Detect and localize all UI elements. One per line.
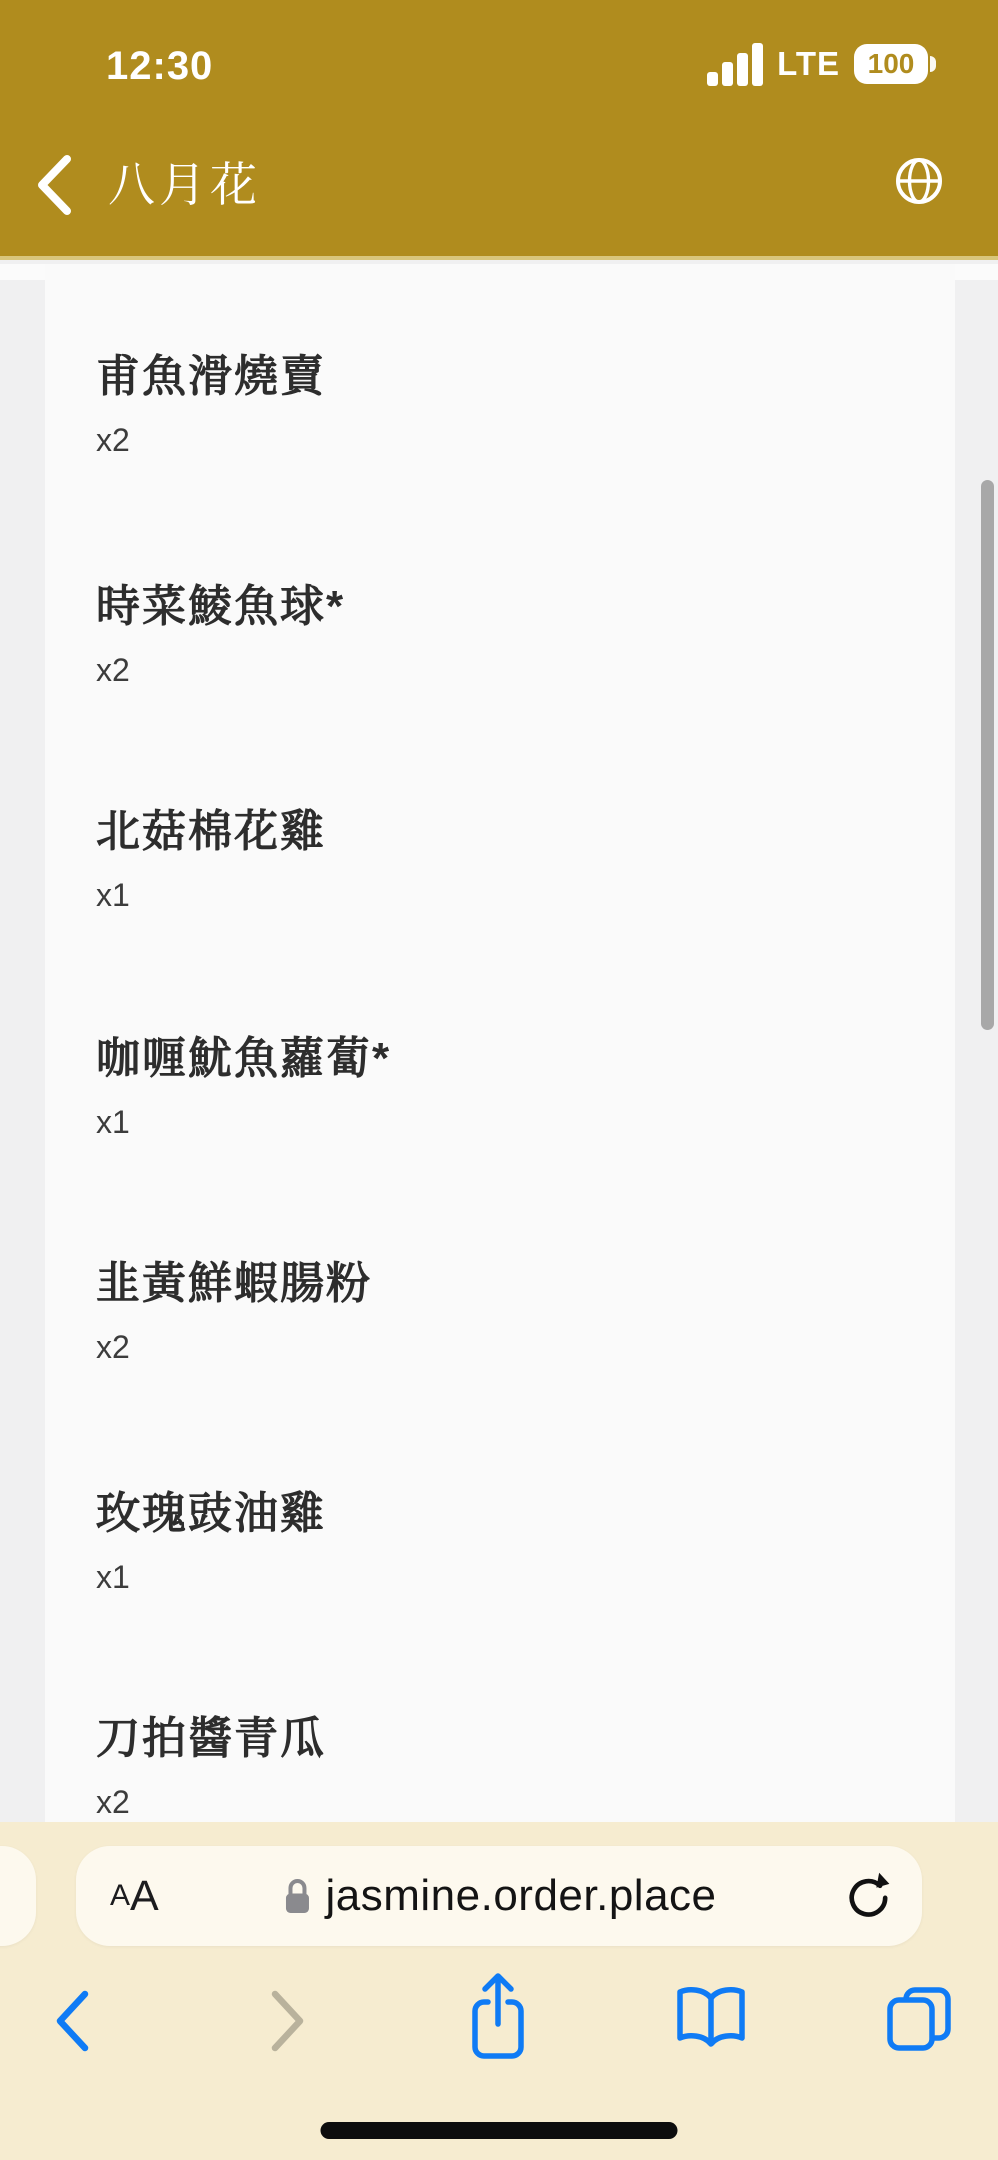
order-item: 刀拍醬青瓜 x2 [96,1715,876,1819]
page-title: 八月花 [108,148,261,215]
status-bar: 12:30 LTE 100 [0,0,998,110]
battery-cap [930,56,936,72]
dish-name: 甫魚滑燒賣 [96,353,876,401]
dish-name: 時菜鯪魚球* [96,583,876,631]
battery-percent: 100 [868,48,915,80]
globe-icon[interactable] [894,156,944,206]
dish-quantity: x2 [96,423,876,457]
dish-quantity: x1 [96,1560,876,1594]
network-type-label: LTE [777,45,840,83]
cellular-signal-icon [707,42,763,86]
battery-icon: 100 [854,44,936,84]
browser-forward-icon[interactable] [268,1988,308,2059]
url-display[interactable]: jasmine.order.place [281,1846,716,1946]
order-list: 甫魚滑燒賣 x2 時菜鯪魚球* x2 北菇棉花雞 x1 咖喱魷魚蘿蔔* x1 韭… [0,264,998,1822]
order-item: 韭黃鮮蝦腸粉 x2 [96,1260,876,1364]
status-time: 12:30 [106,44,213,89]
dish-quantity: x1 [96,878,876,912]
dish-quantity: x1 [96,1105,876,1139]
tabs-icon[interactable] [884,1984,954,2059]
dish-name: 刀拍醬青瓜 [96,1715,876,1763]
adjacent-tab-pill-fragment[interactable] [0,1846,36,1946]
dish-quantity: x2 [96,653,876,687]
dish-quantity: x2 [96,1785,876,1819]
url-bar[interactable]: AA jasmine.order.place [76,1846,922,1946]
status-icons: LTE 100 [707,40,936,88]
lock-icon [281,1876,313,1916]
order-item: 甫魚滑燒賣 x2 [96,353,876,457]
app-header: 12:30 LTE 100 八月花 [0,0,998,260]
dish-name: 玫瑰豉油雞 [96,1490,876,1538]
nav-bar: 八月花 [0,110,998,260]
browser-back-icon[interactable] [52,1988,92,2059]
dish-name: 韭黃鮮蝦腸粉 [96,1260,876,1308]
order-item: 咖喱魷魚蘿蔔* x1 [96,1035,876,1139]
home-indicator[interactable] [321,2122,678,2139]
text-size-button[interactable]: AA [110,1846,159,1946]
order-item: 北菇棉花雞 x1 [96,808,876,912]
phone-screen: 12:30 LTE 100 八月花 [0,0,998,2160]
url-text: jasmine.order.place [325,1871,716,1921]
text-size-large-a: A [130,1872,159,1921]
bookmarks-icon[interactable] [672,1984,750,2059]
order-item: 時菜鯪魚球* x2 [96,583,876,687]
browser-bottom-bar: AA jasmine.order.place [0,1822,998,2160]
refresh-icon[interactable] [840,1846,896,1946]
back-chevron-icon[interactable] [34,154,74,216]
share-icon[interactable] [464,1970,532,2067]
dish-name: 北菇棉花雞 [96,808,876,856]
browser-toolbar [0,1974,998,2084]
text-size-small-a: A [110,1879,130,1913]
dish-quantity: x2 [96,1330,876,1364]
scrollbar-thumb[interactable] [981,480,994,1030]
dish-name: 咖喱魷魚蘿蔔* [96,1035,876,1083]
order-item: 玫瑰豉油雞 x1 [96,1490,876,1594]
